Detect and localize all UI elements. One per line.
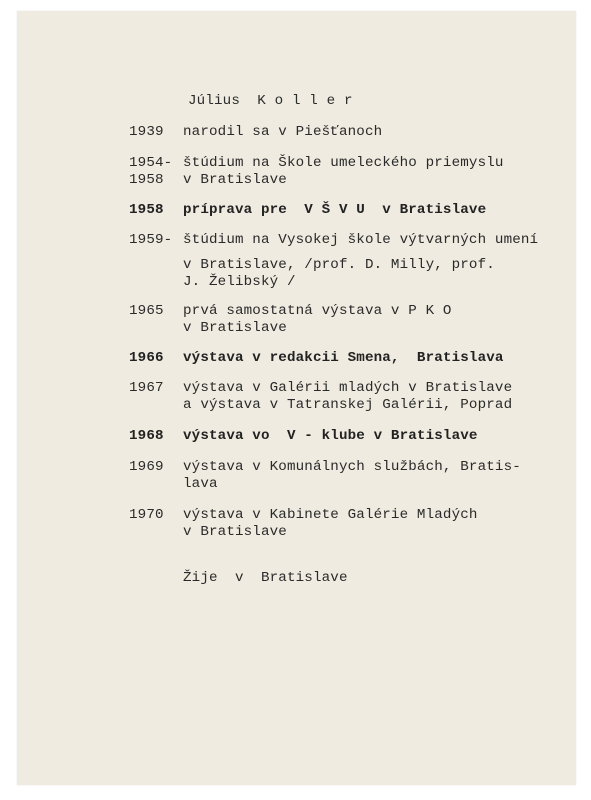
entry-text: výstava v Kabinete Galérie Mladých v Bra… — [183, 507, 478, 541]
entry-text: štúdium na Škole umeleckého priemyslu v … — [183, 155, 504, 189]
document-footer: Žije v Bratislave — [183, 570, 348, 586]
entry-year: 1970 — [129, 507, 164, 524]
entry-line: J. Želibský / — [183, 274, 538, 291]
entry-line: v Bratislave, /prof. D. Milly, prof. — [183, 257, 538, 274]
entry-year: 1966 — [129, 350, 164, 367]
typewritten-document: Július K o l l e r 1939narodil sa v Pieš… — [0, 0, 591, 800]
entry-text: narodil sa v Piešťanoch — [183, 124, 382, 141]
entry-year: 1968 — [129, 428, 164, 445]
entry-text: príprava pre V Š V U v Bratislave — [183, 202, 486, 219]
document-title: Július K o l l e r — [188, 93, 353, 109]
entry-year: 1958 — [129, 202, 164, 219]
entry-text: výstava v Galérii mladých v Bratislave a… — [183, 380, 512, 414]
entry-text: výstava v Komunálnych službách, Bratis- … — [183, 459, 521, 493]
entry-text: výstava v redakcii Smena, Bratislava — [183, 350, 504, 367]
entry-year: 1967 — [129, 380, 164, 397]
entry-year: 1969 — [129, 459, 164, 476]
entry-year: 1959- — [129, 232, 172, 249]
entry-year: 1965 — [129, 303, 164, 320]
entry-text: výstava vo V - klube v Bratislave — [183, 428, 478, 445]
entry-line: štúdium na Vysokej škole výtvarných umen… — [183, 232, 538, 249]
entry-year: 1939 — [129, 124, 164, 141]
entry-text: prvá samostatná výstava v P K O v Bratis… — [183, 303, 452, 337]
entry-text: štúdium na Vysokej škole výtvarných umen… — [183, 232, 538, 291]
entry-year: 1954- 1958 — [129, 155, 172, 189]
